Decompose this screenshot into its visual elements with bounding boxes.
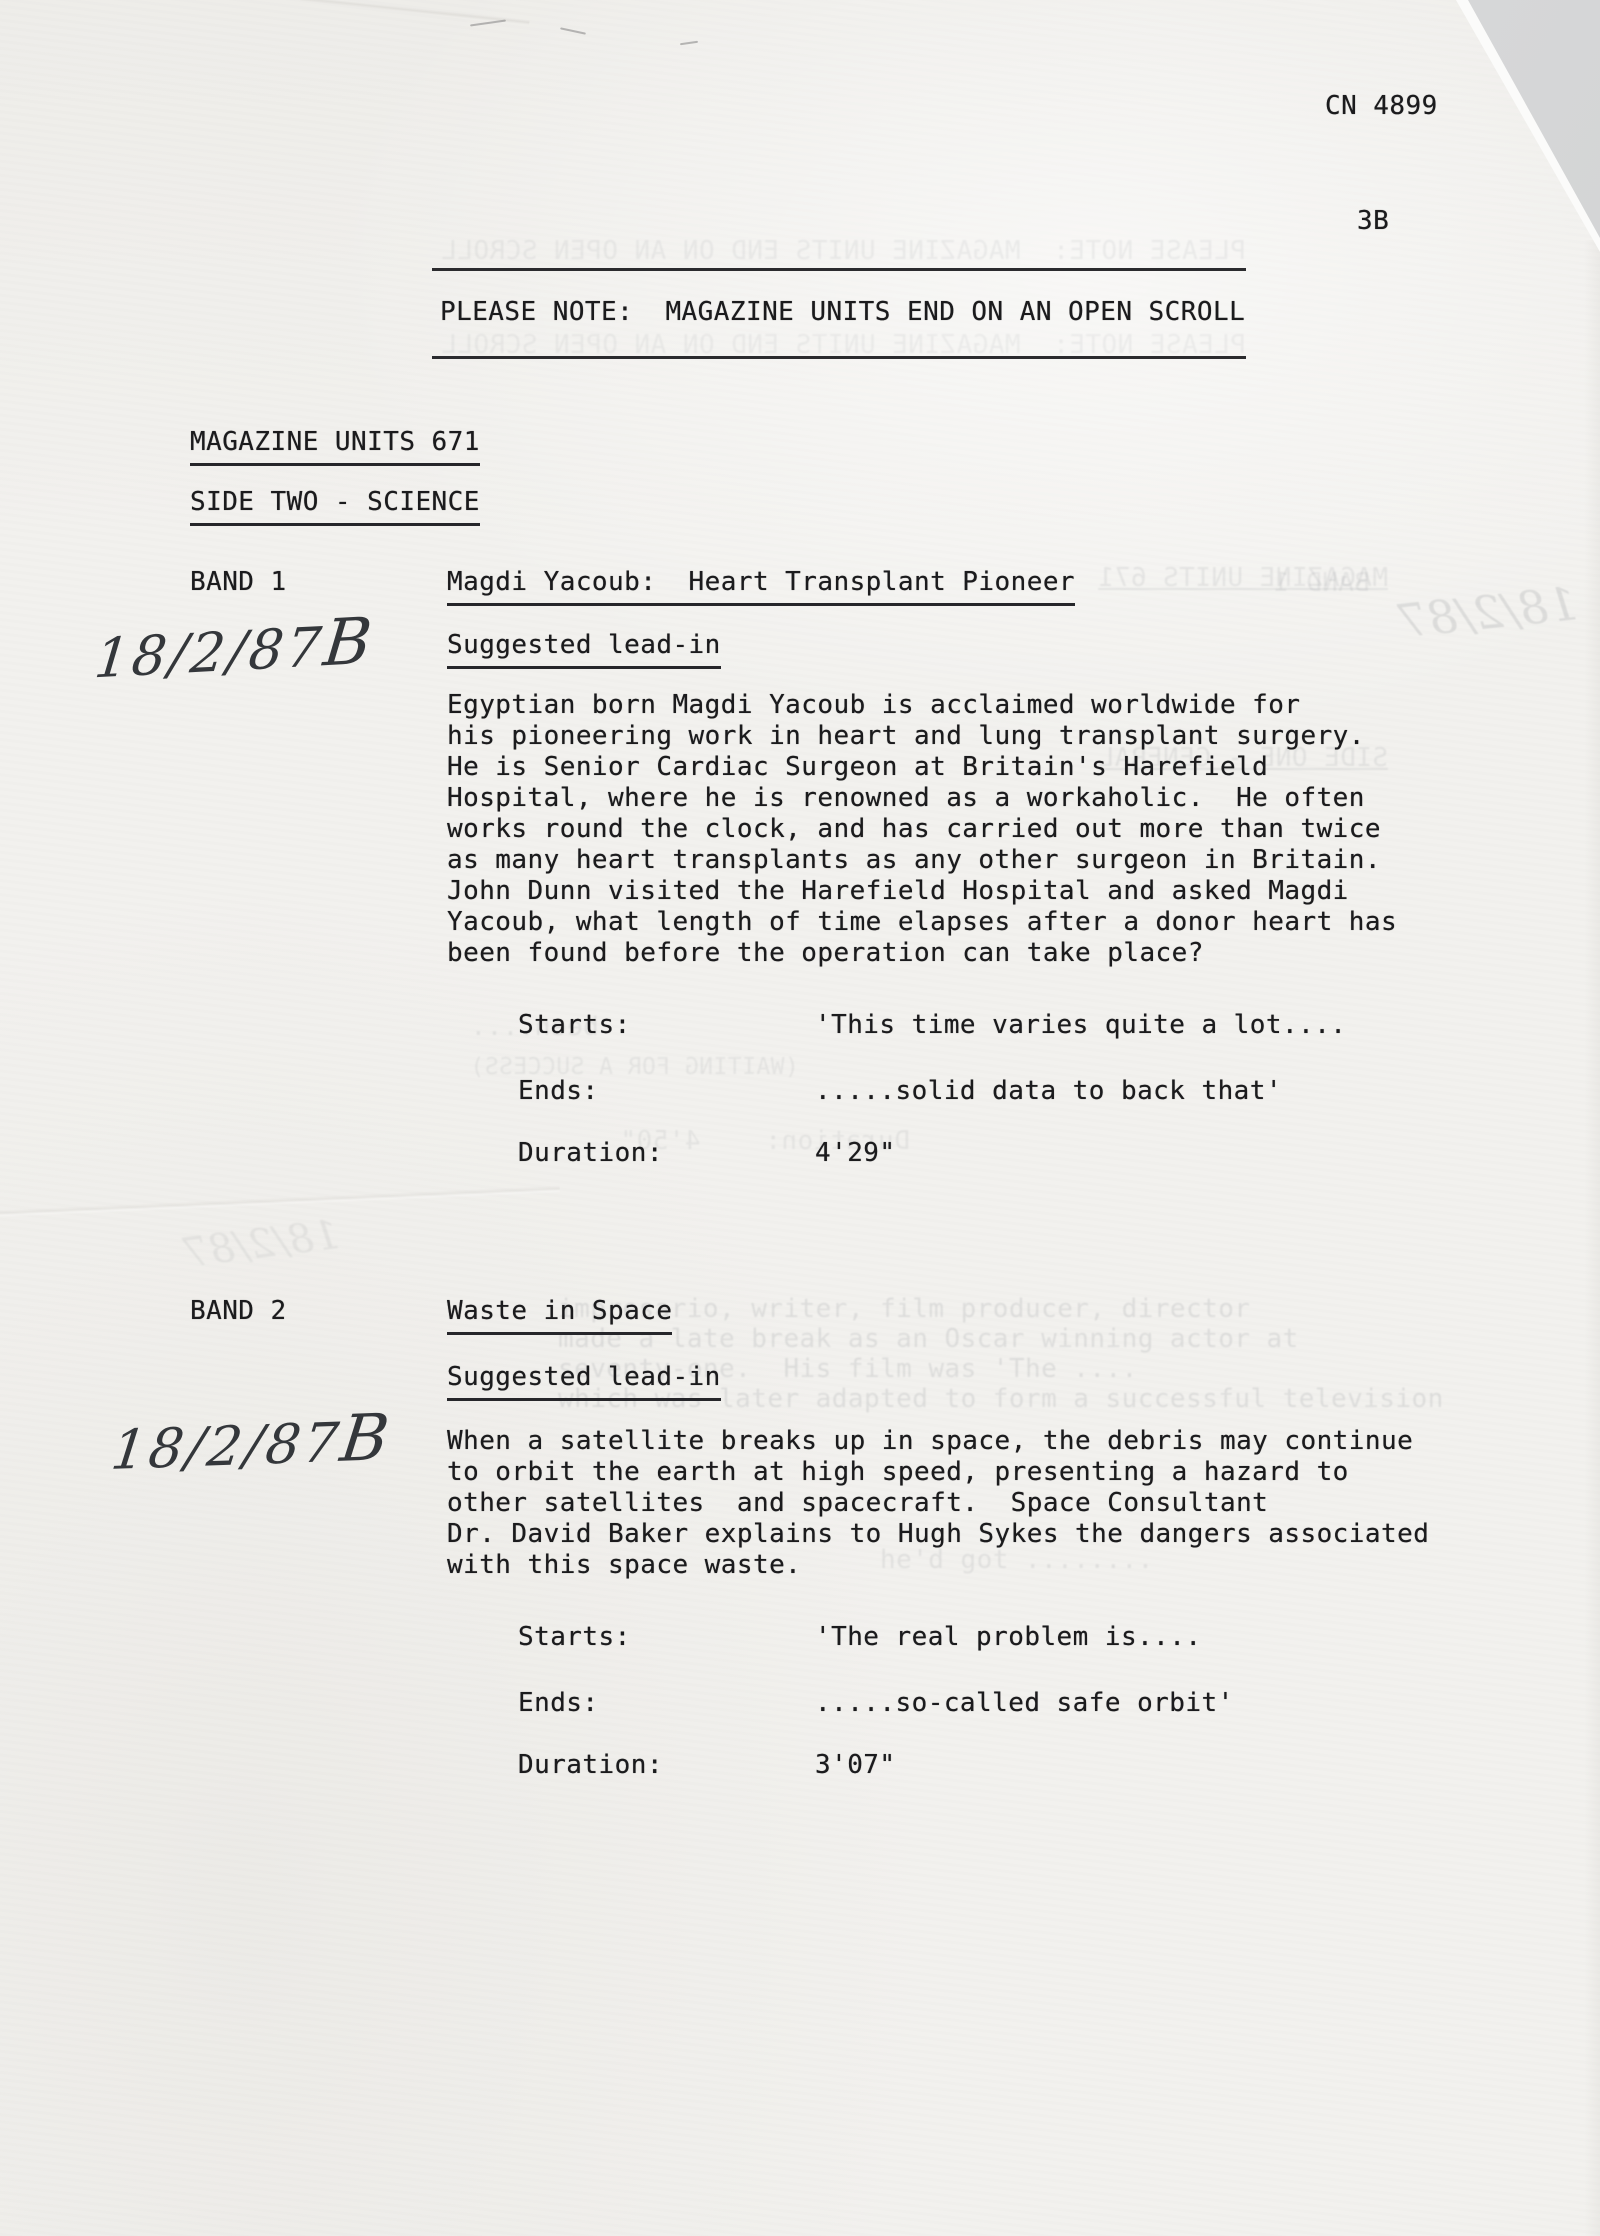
bleedthrough-notice-echo-top: PLEASE NOTE: MAGAZINE UNITS END ON AN OP… [436, 236, 1246, 267]
ends-value: .....so-called safe orbit' [815, 1688, 1234, 1719]
notice-rule-top [432, 268, 1246, 271]
document-title: MAGAZINE UNITS 671 [190, 427, 480, 466]
paper-crease [0, 1185, 560, 1218]
band-2-handwritten-date: 18/2/87B [108, 1401, 393, 1485]
band-1-lead-in-heading: Suggested lead-in [447, 630, 721, 669]
bleedthrough-handwritten-date-2: 18/2/87 [139, 1220, 341, 1275]
band-2-cue-duration-row: Duration: 3'07" [0, 1750, 1600, 1784]
band-2-lead-in-text: When a satellite breaks up in space, the… [447, 1426, 1429, 1581]
band-1-cue-ends-row: Ends: .....solid data to back that' [0, 1076, 1600, 1110]
scanned-document-page: PLEASE NOTE: MAGAZINE UNITS END ON AN OP… [0, 0, 1600, 2236]
ends-label: Ends: [518, 1076, 599, 1107]
handwritten-initial: B [337, 1401, 393, 1477]
duration-value: 3'07" [815, 1750, 896, 1781]
pencil-stray-mark [680, 41, 698, 45]
band-2-label: BAND 2 [190, 1296, 287, 1327]
starts-value: 'The real problem is.... [815, 1622, 1201, 1653]
starts-label: Starts: [518, 1622, 631, 1653]
notice-text: PLEASE NOTE: MAGAZINE UNITS END ON AN OP… [440, 297, 1245, 328]
pencil-stray-mark [560, 27, 586, 34]
page-edge-shadow [1584, 240, 1600, 2236]
band-1-label: BAND 1 [190, 567, 287, 598]
duration-value: 4'29" [815, 1138, 896, 1169]
band-2-cue-starts-row: Starts: 'The real problem is.... [0, 1622, 1600, 1656]
band-2-lead-in-heading: Suggested lead-in [447, 1362, 721, 1401]
notice-rule-bottom [432, 356, 1246, 359]
duration-label: Duration: [518, 1138, 663, 1169]
band-1-handwritten-date: 18/2/87B [91, 605, 375, 694]
band-2-title: Waste in Space [447, 1296, 672, 1335]
document-subtitle: SIDE TWO - SCIENCE [190, 487, 480, 526]
starts-value: 'This time varies quite a lot.... [815, 1010, 1346, 1041]
band-2-cue-ends-row: Ends: .....so-called safe orbit' [0, 1688, 1600, 1722]
band-1-cue-starts-row: Starts: 'This time varies quite a lot...… [0, 1010, 1600, 1044]
handwritten-initial: B [320, 605, 375, 682]
band-1-title: Magdi Yacoub: Heart Transplant Pioneer [447, 567, 1075, 606]
starts-label: Starts: [518, 1010, 631, 1041]
band-1-lead-in-text: Egyptian born Magdi Yacoub is acclaimed … [447, 690, 1397, 969]
ends-label: Ends: [518, 1688, 599, 1719]
bleedthrough-reverse-band-label: BAND 1 [1120, 568, 1370, 599]
band-1-cue-duration-row: Duration: 4'29" [0, 1138, 1600, 1172]
ends-value: .....solid data to back that' [815, 1076, 1282, 1107]
duration-label: Duration: [518, 1750, 663, 1781]
reference-number: CN 4899 [1325, 91, 1438, 122]
page-number: 3B [1357, 206, 1389, 237]
